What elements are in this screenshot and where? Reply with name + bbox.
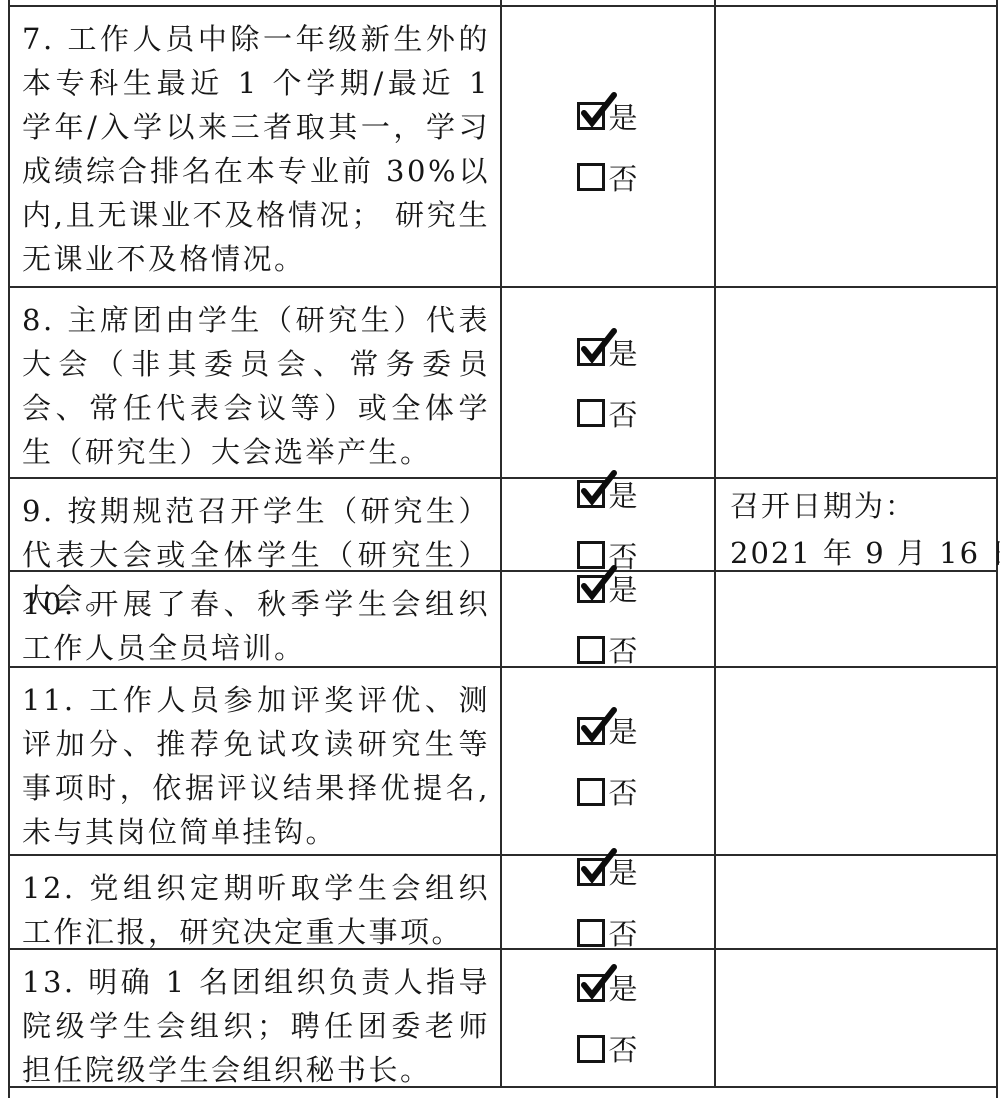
no-option[interactable]: 否: [577, 912, 638, 953]
item-cell: 11. 工作人员参加评奖评优、测评加分、推荐免试攻读研究生等事项时，依据评议结果…: [10, 668, 502, 854]
answer-cell: 是 否: [502, 668, 716, 854]
checklist-table-body: 7. 工作人员中除一年级新生外的本专科生最近 1 个学期/最近 1 学年/入学以…: [10, 7, 996, 1088]
yes-option[interactable]: 是: [577, 851, 638, 892]
note-cell: [716, 7, 992, 286]
no-label: 否: [608, 157, 638, 198]
note-cell-partial: [716, 0, 992, 5]
table-row-9: 9. 按期规范召开学生（研究生）代表大会或全体学生（研究生）大会。 是: [10, 479, 996, 572]
yes-checkbox[interactable]: [577, 717, 605, 745]
yes-checkbox[interactable]: [577, 858, 605, 886]
answer-cell: 是 否: [502, 479, 716, 570]
yes-option[interactable]: 是: [577, 474, 638, 515]
no-option[interactable]: 否: [577, 1028, 638, 1069]
yes-option[interactable]: 是: [577, 96, 638, 137]
item-text: 10. 开展了春、秋季学生会组织工作人员全员培训。: [22, 582, 490, 670]
note-cell: [716, 856, 992, 948]
checkbox-group: 是 否: [577, 568, 638, 670]
table-row-8: 8. 主席团由学生（研究生）代表大会（非其委员会、常务委员会、常任代表会议等）或…: [10, 288, 996, 479]
no-label: 否: [608, 393, 638, 434]
checkbox-group: 是 否: [577, 851, 638, 953]
item-text: 8. 主席团由学生（研究生）代表大会（非其委员会、常务委员会、常任代表会议等）或…: [22, 298, 490, 474]
item-text: 11. 工作人员参加评奖评优、测评加分、推荐免试攻读研究生等事项时，依据评议结果…: [22, 678, 490, 854]
item-cell-partial: [10, 0, 502, 5]
answer-cell: 是 否: [502, 572, 716, 666]
table-row-7: 7. 工作人员中除一年级新生外的本专科生最近 1 个学期/最近 1 学年/入学以…: [10, 7, 996, 288]
checkmark-icon: [577, 564, 617, 602]
item-cell: 10. 开展了春、秋季学生会组织工作人员全员培训。: [10, 572, 502, 666]
note-cell: [716, 288, 992, 477]
note-cell: [716, 950, 992, 1086]
yes-checkbox[interactable]: [577, 102, 605, 130]
no-checkbox[interactable]: [577, 399, 605, 427]
yes-checkbox[interactable]: [577, 480, 605, 508]
no-label: 否: [608, 912, 638, 953]
note-cell: [716, 668, 992, 854]
table-row-13: 13. 明确 1 名团组织负责人指导院级学生会组织；聘任团委老师担任院级学生会组…: [10, 950, 996, 1088]
document-page: 7. 工作人员中除一年级新生外的本专科生最近 1 个学期/最近 1 学年/入学以…: [0, 0, 1000, 1112]
no-option[interactable]: 否: [577, 157, 638, 198]
item-text: 13. 明确 1 名团组织负责人指导院级学生会组织；聘任团委老师担任院级学生会组…: [22, 960, 490, 1092]
checkmark-icon: [577, 963, 617, 1001]
checkbox-group: 是 否: [577, 474, 638, 576]
checkbox-group: 是 否: [577, 710, 638, 812]
checkmark-icon: [577, 91, 617, 129]
note-cell: 召开日期为：2021 年 9 月 16 日: [716, 479, 992, 570]
note-cell: [716, 572, 992, 666]
yes-option[interactable]: 是: [577, 332, 638, 373]
checklist-table: 7. 工作人员中除一年级新生外的本专科生最近 1 个学期/最近 1 学年/入学以…: [8, 0, 998, 1098]
answer-cell-partial: [502, 0, 716, 5]
item-cell: 8. 主席团由学生（研究生）代表大会（非其委员会、常务委员会、常任代表会议等）或…: [10, 288, 502, 477]
table-row-partial-top: [10, 0, 996, 7]
no-checkbox[interactable]: [577, 163, 605, 191]
table-row-11: 11. 工作人员参加评奖评优、测评加分、推荐免试攻读研究生等事项时，依据评议结果…: [10, 668, 996, 856]
no-checkbox[interactable]: [577, 1035, 605, 1063]
item-cell: 12. 党组织定期听取学生会组织工作汇报，研究决定重大事项。: [10, 856, 502, 948]
yes-option[interactable]: 是: [577, 967, 638, 1008]
no-option[interactable]: 否: [577, 629, 638, 670]
checkbox-group: 是 否: [577, 96, 638, 198]
no-label: 否: [608, 629, 638, 670]
checkbox-group: 是 否: [577, 967, 638, 1069]
no-checkbox[interactable]: [577, 778, 605, 806]
no-option[interactable]: 否: [577, 771, 638, 812]
yes-option[interactable]: 是: [577, 710, 638, 751]
checkmark-icon: [577, 706, 617, 744]
checkmark-icon: [577, 847, 617, 885]
answer-cell: 是 否: [502, 950, 716, 1086]
item-cell: 7. 工作人员中除一年级新生外的本专科生最近 1 个学期/最近 1 学年/入学以…: [10, 7, 502, 286]
item-text: 7. 工作人员中除一年级新生外的本专科生最近 1 个学期/最近 1 学年/入学以…: [22, 17, 490, 281]
no-checkbox[interactable]: [577, 919, 605, 947]
yes-checkbox[interactable]: [577, 575, 605, 603]
answer-cell: 是 否: [502, 7, 716, 286]
note-line: 2021 年 9 月 16 日: [730, 530, 986, 577]
checkmark-icon: [577, 327, 617, 365]
no-label: 否: [608, 771, 638, 812]
no-option[interactable]: 否: [577, 393, 638, 434]
table-row-12: 12. 党组织定期听取学生会组织工作汇报，研究决定重大事项。 是: [10, 856, 996, 950]
checkmark-icon: [577, 469, 617, 507]
answer-cell: 是 否: [502, 288, 716, 477]
yes-checkbox[interactable]: [577, 974, 605, 1002]
item-text: 12. 党组织定期听取学生会组织工作汇报，研究决定重大事项。: [22, 866, 490, 954]
no-checkbox[interactable]: [577, 636, 605, 664]
answer-cell: 是 否: [502, 856, 716, 948]
table-row-10: 10. 开展了春、秋季学生会组织工作人员全员培训。 是: [10, 572, 996, 668]
note-line: 召开日期为：: [730, 483, 986, 530]
item-cell: 9. 按期规范召开学生（研究生）代表大会或全体学生（研究生）大会。: [10, 479, 502, 570]
item-cell: 13. 明确 1 名团组织负责人指导院级学生会组织；聘任团委老师担任院级学生会组…: [10, 950, 502, 1086]
no-label: 否: [608, 1028, 638, 1069]
checkbox-group: 是 否: [577, 332, 638, 434]
yes-checkbox[interactable]: [577, 338, 605, 366]
yes-option[interactable]: 是: [577, 568, 638, 609]
